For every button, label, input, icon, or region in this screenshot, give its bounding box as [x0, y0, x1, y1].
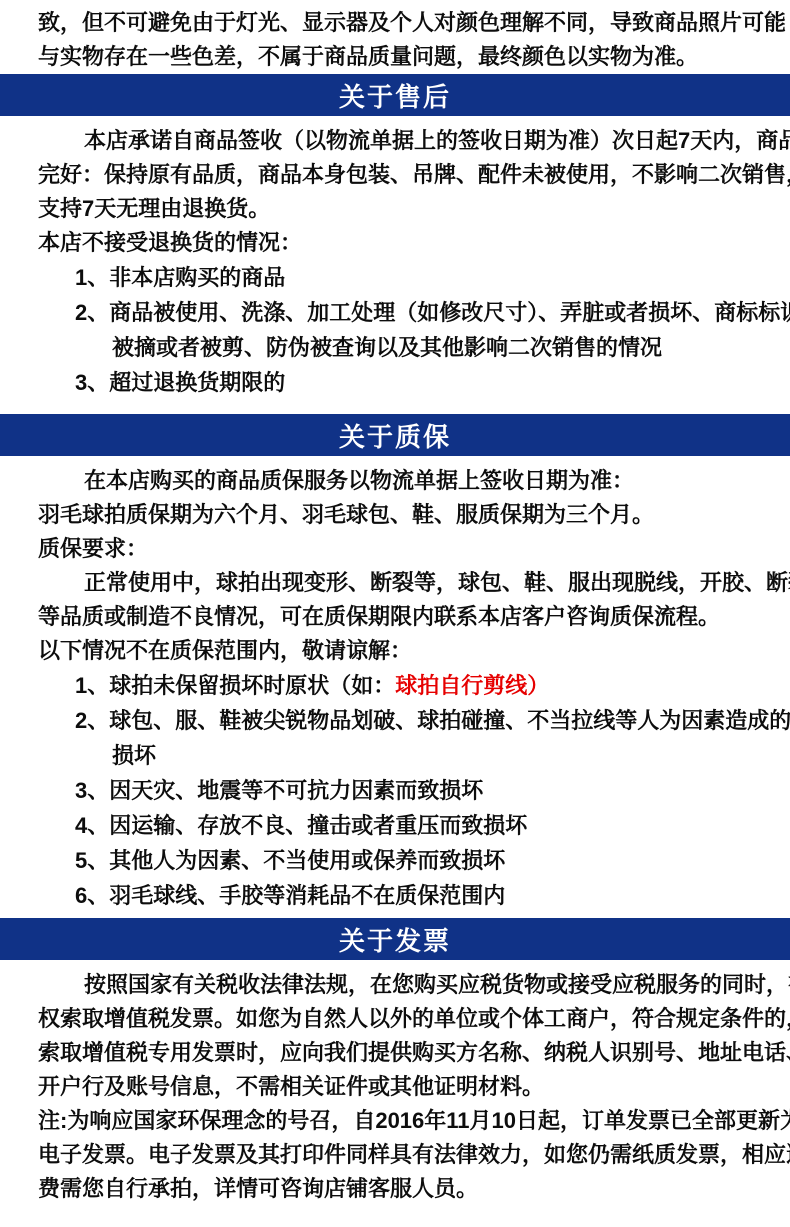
list-item: 2、商品被使用、洗涤、加工处理（如修改尺寸）、弄脏或者损坏、商标标识: [0, 295, 790, 330]
paragraph-line: 羽毛球拍质保期为六个月、羽毛球包、鞋、服质保期为三个月。: [0, 498, 790, 532]
list-item-text: 1、球拍未保留损坏时原状（如：: [75, 673, 395, 698]
section-body-warranty: 在本店购买的商品质保服务以物流单据上签收日期为准： 羽毛球拍质保期为六个月、羽毛…: [0, 456, 790, 918]
list-item: 3、超过退换货期限的: [0, 365, 790, 400]
red-highlight-text: 球拍自行剪线）: [395, 673, 549, 698]
paragraph-line: 支持7天无理由退换货。: [0, 192, 790, 226]
section-header-warranty: 关于质保: [0, 414, 790, 456]
list-item: 2、球包、服、鞋被尖锐物品划破、球拍碰撞、不当拉线等人为因素造成的: [0, 703, 790, 738]
paragraph-line: 索取增值税专用发票时，应向我们提供购买方名称、纳税人识别号、地址电话、: [0, 1036, 790, 1070]
list-item-continuation: 被摘或者被剪、防伪被查询以及其他影响二次销售的情况: [0, 330, 790, 365]
list-item: 6、羽毛球线、手胶等消耗品不在质保范围内: [0, 878, 790, 913]
note-line: 费需您自行承拍，详情可咨询店铺客服人员。: [0, 1172, 790, 1206]
paragraph-line: 开户行及账号信息，不需相关证件或其他证明材料。: [0, 1070, 790, 1104]
section-body-after-sales: 本店承诺自商品签收（以物流单据上的签收日期为准）次日起7天内，商品 完好：保持原…: [0, 116, 790, 414]
list-item: 1、非本店购买的商品: [0, 260, 790, 295]
section-title: 关于售后: [339, 77, 451, 114]
product-policy-document: 致，但不可避免由于灯光、显示器及个人对颜色理解不同，导致商品照片可能 与实物存在…: [0, 0, 790, 1226]
list-item: 5、其他人为因素、不当使用或保养而致损坏: [0, 843, 790, 878]
paragraph-line: 正常使用中，球拍出现变形、断裂等，球包、鞋、服出现脱线，开胶、断裂: [0, 566, 790, 600]
note-line: 电子发票。电子发票及其打印件同样具有法律效力，如您仍需纸质发票，相应运: [0, 1138, 790, 1172]
list-intro: 本店不接受退换货的情况：: [0, 226, 790, 260]
paragraph-line: 质保要求：: [0, 532, 790, 566]
disclaimer-line: 与实物存在一些色差，不属于商品质量问题，最终颜色以实物为准。: [0, 40, 790, 74]
section-body-invoice: 按照国家有关税收法律法规，在您购买应税货物或接受应税服务的同时，有 权索取增值税…: [0, 960, 790, 1226]
section-title: 关于发票: [339, 921, 451, 958]
note-line: 注:为响应国家环保理念的号召，自2016年11月10日起，订单发票已全部更新为: [0, 1104, 790, 1138]
paragraph-line: 以下情况不在质保范围内，敬请谅解：: [0, 634, 790, 668]
paragraph-line: 在本店购买的商品质保服务以物流单据上签收日期为准：: [0, 464, 790, 498]
list-item-continuation: 损坏: [0, 738, 790, 773]
section-title: 关于质保: [339, 417, 451, 454]
list-item: 1、球拍未保留损坏时原状（如：球拍自行剪线）: [0, 668, 790, 703]
paragraph-line: 权索取增值税发票。如您为自然人以外的单位或个体工商户，符合规定条件的，: [0, 1002, 790, 1036]
color-disclaimer-paragraph: 致，但不可避免由于灯光、显示器及个人对颜色理解不同，导致商品照片可能 与实物存在…: [0, 0, 790, 74]
list-item: 4、因运输、存放不良、撞击或者重压而致损坏: [0, 808, 790, 843]
list-item: 3、因天灾、地震等不可抗力因素而致损坏: [0, 773, 790, 808]
paragraph-line: 完好：保持原有品质，商品本身包装、吊牌、配件未被使用，不影响二次销售，: [0, 158, 790, 192]
paragraph-line: 本店承诺自商品签收（以物流单据上的签收日期为准）次日起7天内，商品: [0, 124, 790, 158]
section-header-after-sales: 关于售后: [0, 74, 790, 116]
paragraph-line: 按照国家有关税收法律法规，在您购买应税货物或接受应税服务的同时，有: [0, 968, 790, 1002]
section-header-invoice: 关于发票: [0, 918, 790, 960]
paragraph-line: 等品质或制造不良情况，可在质保期限内联系本店客户咨询质保流程。: [0, 600, 790, 634]
disclaimer-line: 致，但不可避免由于灯光、显示器及个人对颜色理解不同，导致商品照片可能: [0, 6, 790, 40]
